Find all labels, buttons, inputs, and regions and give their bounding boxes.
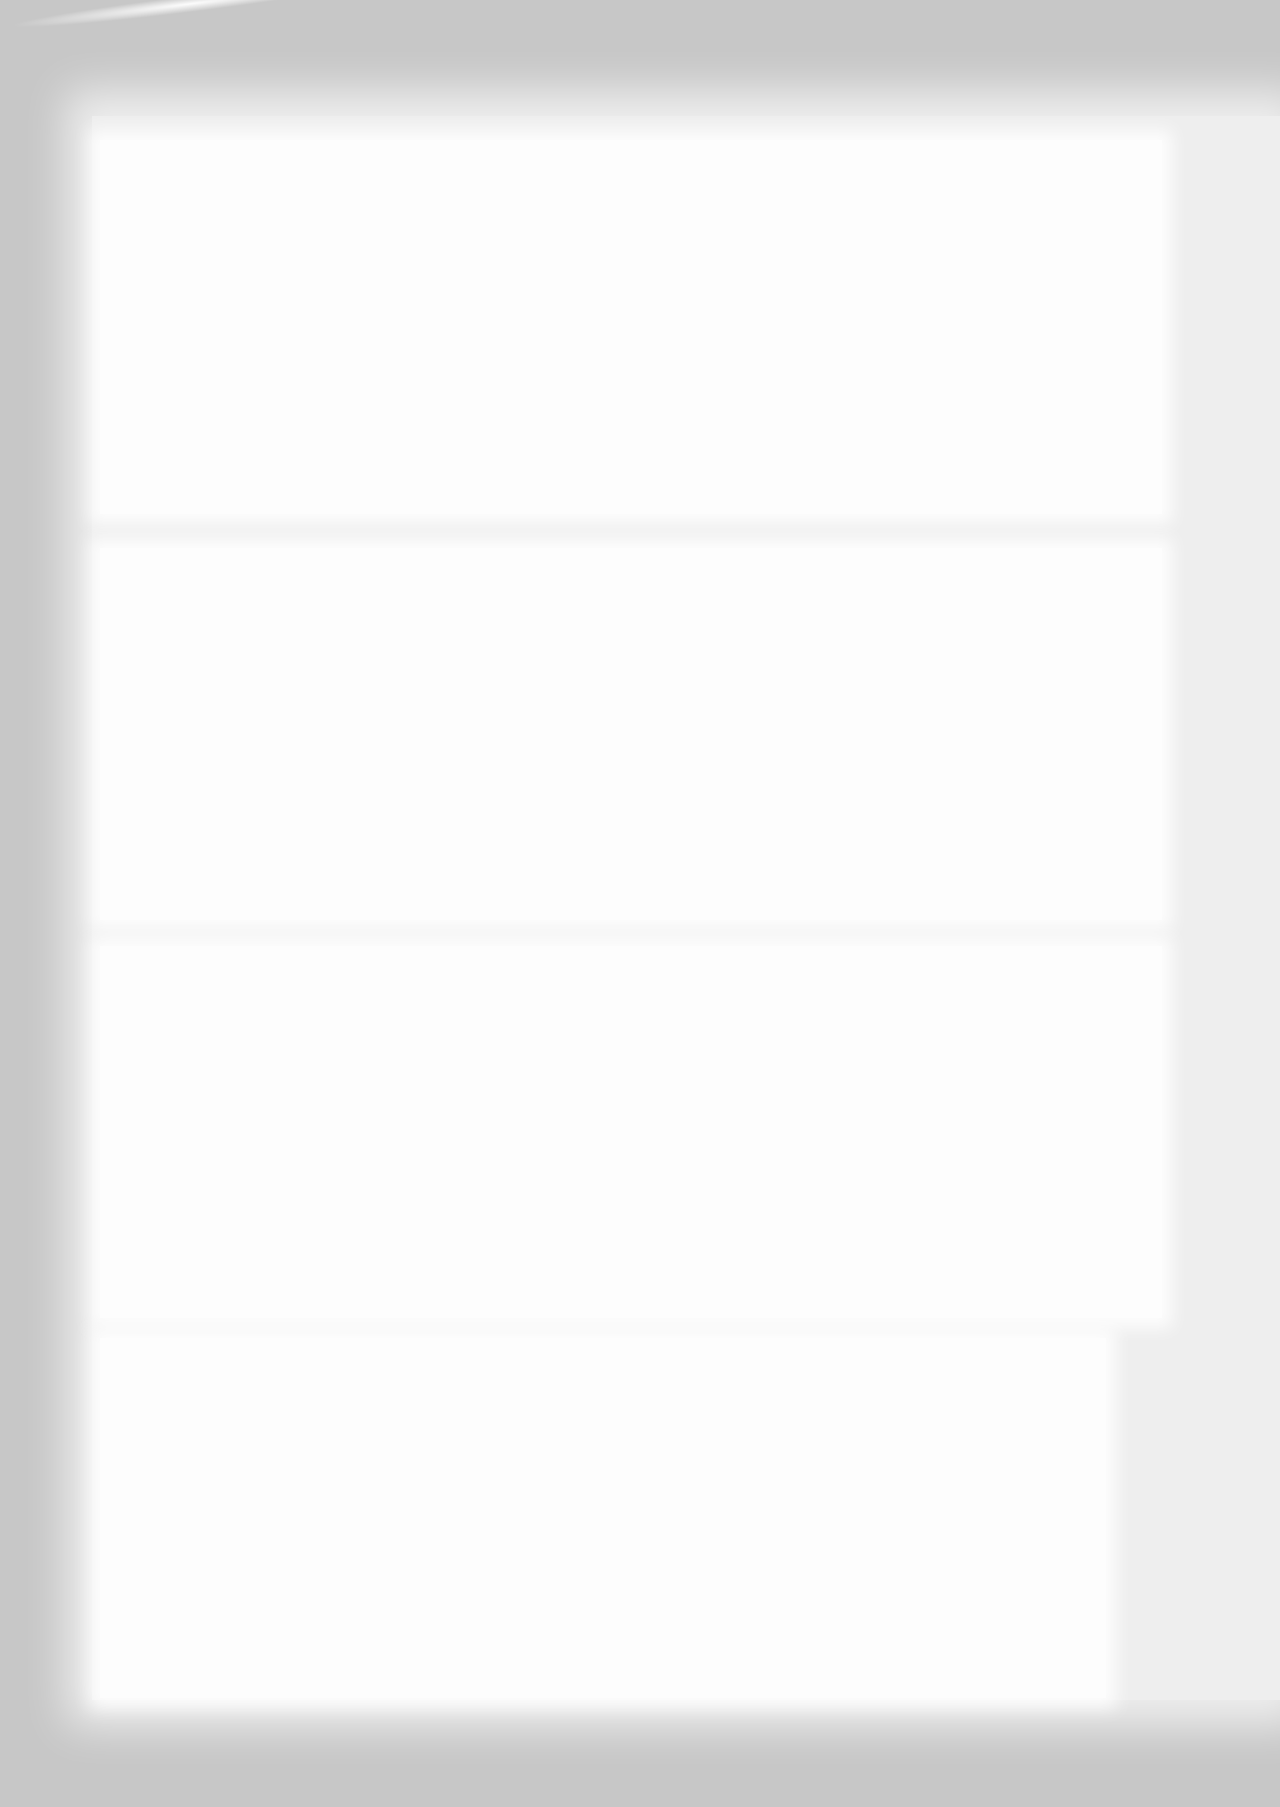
novel-text-row-1	[100, 140, 1162, 514]
novel-text-row-3	[100, 946, 1162, 1318]
novel-text-row-2	[100, 548, 1162, 920]
novel-text-row-4	[100, 1338, 1106, 1698]
